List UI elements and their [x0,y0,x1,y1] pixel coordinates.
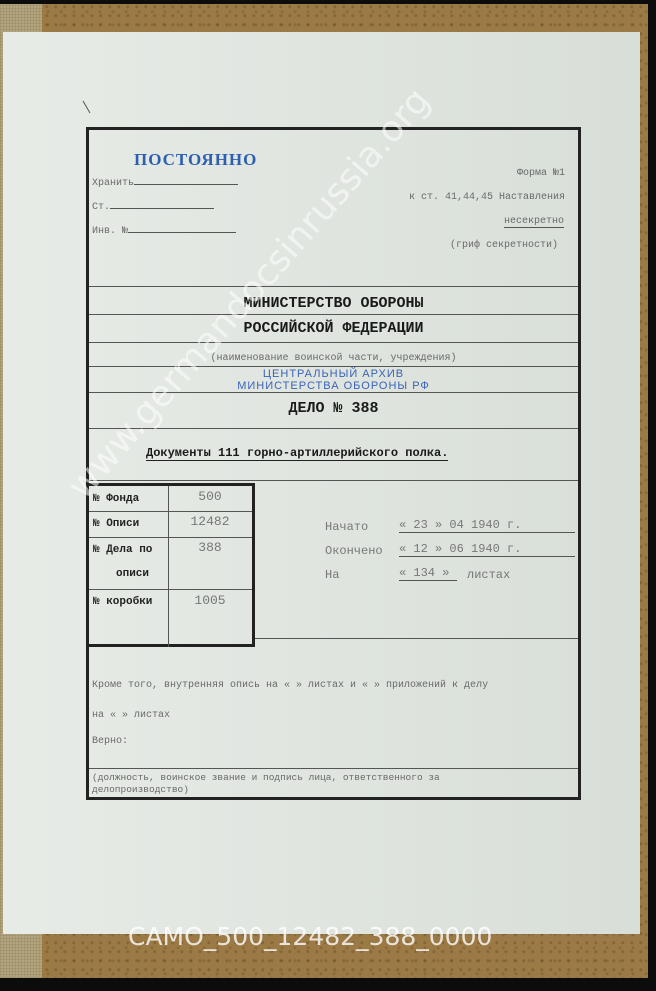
delo-value: 388 [171,540,249,555]
signature-caption: (должность, воинское звание и подпись ли… [92,772,440,783]
archive-table: № Фонда 500 № Описи 12482 № Дела по опис… [89,483,255,647]
inventory-label: Инв. № [92,226,128,237]
table-row: № Фонда 500 [89,486,252,512]
sheets-value: « 134 » [399,566,457,581]
ended-label: Окончено [325,544,383,558]
case-description: Документы 111 горно-артиллерийского полк… [146,446,448,461]
store-label: Хранить [92,178,134,189]
table-row: № Дела по описи 388 [89,537,252,590]
store-field: Хранить [92,175,238,189]
institution-line2: РОССИЙСКОЙ ФЕДЕРАЦИИ [89,320,578,337]
box-label: № коробки [93,596,152,608]
inventory-line [128,223,236,233]
article-line [110,199,214,209]
divider [89,314,578,315]
divider [89,768,578,769]
additional-sheets: на « » листах [92,710,170,721]
additional-inventory: Кроме того, внутренняя опись на « » лист… [92,680,488,691]
box-value: 1005 [171,593,249,608]
sheets-suffix: листах [467,568,510,582]
form-reference: к ст. 41,44,45 Наставления [409,192,565,203]
form-frame: ПОСТОЯННО Хранить Ст. Инв. № Форма №1 к … [86,127,581,800]
ended-value: « 12 » 06 1940 г. [399,542,575,557]
verified-label: Верно: [92,736,128,747]
classification-value: несекретно [504,216,564,228]
institution-line1: МИНИСТЕРСТВО ОБОРОНЫ [89,295,578,312]
classification-caption: (гриф секретности) [450,240,558,251]
delo-label-2: описи [116,568,149,580]
opis-value: 12482 [171,514,249,529]
table-row: № коробки 1005 [89,589,252,645]
divider [89,480,578,481]
divider [89,286,578,287]
divider [255,638,578,639]
article-field: Ст. [92,199,214,213]
started-label: Начато [325,520,368,534]
fond-value: 500 [171,489,249,504]
form-number: Форма №1 [517,168,565,179]
delo-label: № Дела по [93,544,152,556]
sheets-label: На [325,568,339,582]
started-value: « 23 » 04 1940 г. [399,518,575,533]
divider [89,342,578,343]
table-row: № Описи 12482 [89,511,252,538]
inventory-field: Инв. № [92,223,236,237]
permanent-stamp: ПОСТОЯННО [134,150,257,170]
file-caption: CAMO_500_12482_388_0000 [128,922,492,951]
article-label: Ст. [92,202,110,213]
signature-caption-2: делопроизводство) [92,784,189,795]
divider [89,428,578,429]
store-line [134,175,238,185]
opis-label: № Описи [93,518,139,530]
